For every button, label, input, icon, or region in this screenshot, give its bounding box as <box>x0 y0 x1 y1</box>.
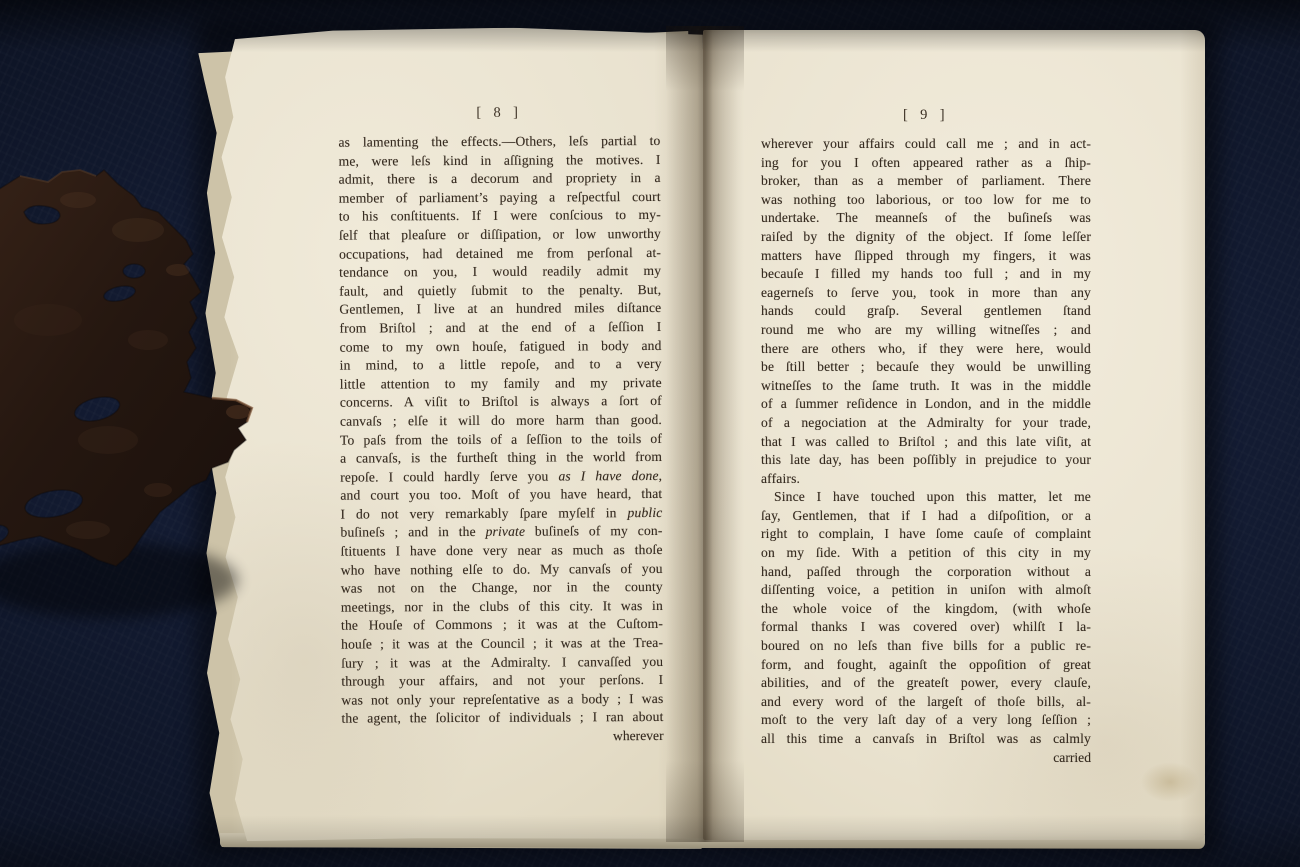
text-line: concerns. A viſit to Briſtol is always a… <box>340 392 662 412</box>
left-page-lines: as lamenting the effects.—Others, leſs p… <box>338 132 663 729</box>
text-line: was not only your repreſentative as a bo… <box>341 690 663 710</box>
left-page-catchword: wherever <box>342 727 664 747</box>
text-line: hands could graſp. Several gentlemen ſta… <box>761 302 1091 321</box>
text-line: witneſſes to the ſame truth. It was in t… <box>761 377 1091 396</box>
text-line: canvaſs ; elſe it will do more harm than… <box>340 411 662 431</box>
text-line: that I was called to Briſtol ; and this … <box>761 433 1091 452</box>
text-line: in mind, to a little repoſe, and to a ve… <box>340 355 662 375</box>
text-line: through your affairs, and not your perſo… <box>341 671 663 691</box>
text-line: ſtituents I have done very near as much … <box>341 541 663 561</box>
text-line: ſury ; it was at the Admiralty. I canvaſ… <box>341 653 663 673</box>
right-page-text-column: [ 9 ] wherever your affairs could call m… <box>761 106 1091 767</box>
text-line: hand, paſſed through the corporation wit… <box>761 563 1091 582</box>
right-page-catchword: carried <box>761 749 1091 768</box>
text-line: the Houſe of Commons ; it was at the Cuſ… <box>341 615 663 635</box>
text-line: affairs. <box>761 470 1091 489</box>
photo-scene: [ 8 ] as lamenting the effects.—Others, … <box>0 0 1300 867</box>
text-line: wherever your affairs could call me ; an… <box>761 135 1091 154</box>
text-line: and court you too. Moſt of you have hear… <box>340 485 662 505</box>
text-line: diſſenting voice, a petition in uniſon w… <box>761 581 1091 600</box>
text-line: this late day, has been poſſibly in prej… <box>761 451 1091 470</box>
rusted-iron-artifact <box>0 140 288 660</box>
text-line: boured on no leſs than five bills for a … <box>761 637 1091 656</box>
text-line: ing for you I often appeared rather as a… <box>761 154 1091 173</box>
text-line: come to my own houſe, fatigued in body a… <box>339 336 661 356</box>
text-line: admit, there is a decorum and propriety … <box>339 169 661 189</box>
left-page-number: [ 8 ] <box>338 103 660 123</box>
text-line: becauſe I filled my hands too full ; and… <box>761 265 1091 284</box>
text-line: there are others who, if they were here,… <box>761 340 1091 359</box>
text-line: was not on the Change, nor in the county <box>341 578 663 598</box>
text-line: on my ſide. With a petition of this city… <box>761 544 1091 563</box>
text-line: abilities, and of the greateſt power, ev… <box>761 674 1091 693</box>
text-line: To paſs from the toils of a ſeſſion to t… <box>340 429 662 449</box>
text-line: broker, than as a member of parliament. … <box>761 172 1091 191</box>
text-line: tendance on you, I would readily admit m… <box>339 262 661 282</box>
text-line: meetings, nor in the clubs of this city.… <box>341 597 663 617</box>
right-page: [ 9 ] wherever your affairs could call m… <box>703 30 1205 840</box>
text-line: who have nothing elſe to do. My canvaſs … <box>341 560 663 580</box>
text-line: member of parliament’s paying a reſpectf… <box>339 188 661 208</box>
text-line: occupations, had detained me from perſon… <box>339 244 661 264</box>
text-line: from Briſtol ; and at the end of a ſeſſi… <box>339 318 661 338</box>
text-line: the whole voice of the kingdom, (with wh… <box>761 600 1091 619</box>
text-line: ſay, Gentlemen, that if I had a diſpoſit… <box>761 507 1091 526</box>
text-line: form, and fought, againſt the oppoſition… <box>761 656 1091 675</box>
text-line: me, were leſs kind in aſſigning the moti… <box>339 151 661 171</box>
text-line: ſelf that pleaſure or diſſipation, or lo… <box>339 225 661 245</box>
right-page-lines: wherever your affairs could call me ; an… <box>761 135 1091 749</box>
text-line: the agent, the ſolicitor of individuals … <box>341 708 663 728</box>
left-page-text-column: [ 8 ] as lamenting the effects.—Others, … <box>338 103 663 747</box>
text-line: of a negociation at the Admiralty for yo… <box>761 414 1091 433</box>
text-line: a canvaſs, is the furtheſt thing in the … <box>340 448 662 468</box>
text-line: buſineſs ; and in the private buſineſs o… <box>340 522 662 542</box>
text-line: was nothing too laborious, or too low fo… <box>761 191 1091 210</box>
text-line: raiſed by the dignity of the object. If … <box>761 228 1091 247</box>
text-line: Since I have touched upon this matter, l… <box>761 488 1091 507</box>
text-line: all this time a canvaſs in Briſtol was a… <box>761 730 1091 749</box>
text-line: Gentlemen, I live at an hundred miles di… <box>339 299 661 319</box>
text-line: moſt to the very laſt day of a very long… <box>761 711 1091 730</box>
right-page-number: [ 9 ] <box>761 106 1091 124</box>
text-line: round me who are my willing witneſſes ; … <box>761 321 1091 340</box>
text-line: to his conſtituents. If I were conſcious… <box>339 206 661 226</box>
text-line: formal thanks I was covered over) whilſt… <box>761 618 1091 637</box>
text-line: as lamenting the effects.—Others, leſs p… <box>338 132 660 152</box>
text-line: houſe ; it was at the Council ; it was a… <box>341 634 663 654</box>
text-line: and every word of the largeſt of thoſe b… <box>761 693 1091 712</box>
text-line: undertake. The meanneſs of the buſineſs … <box>761 209 1091 228</box>
text-line: of a ſummer reſidence in London, and in … <box>761 395 1091 414</box>
text-line: right to complain, I have ſome cauſe of … <box>761 525 1091 544</box>
text-line: be ſtill better ; becauſe they would be … <box>761 358 1091 377</box>
text-line: fault, and quietly ſubmit to the penalty… <box>339 281 661 301</box>
text-line: matters have ſlipped through my fingers,… <box>761 247 1091 266</box>
text-line: repoſe. I could hardly ſerve you as I ha… <box>340 467 662 487</box>
text-line: little attention to my family and my pri… <box>340 374 662 394</box>
text-line: I do not very remarkably ſpare myſelf in… <box>340 504 662 524</box>
text-line: eagerneſs to ſerve you, took in more tha… <box>761 284 1091 303</box>
